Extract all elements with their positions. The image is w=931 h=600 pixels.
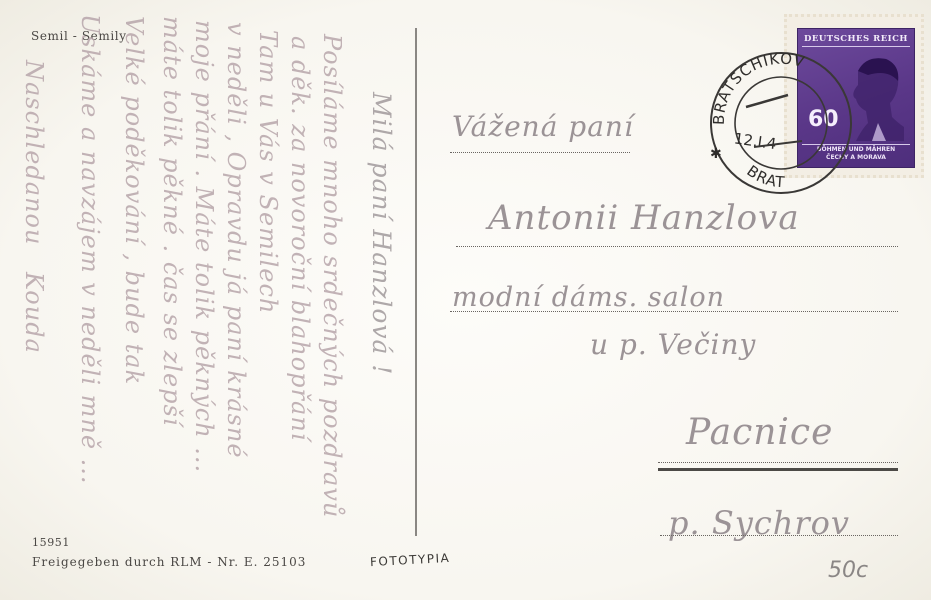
postmark-town-top: BRATSCHIKOV <box>710 49 807 125</box>
address-line <box>660 535 898 536</box>
svg-text:BRATSCHIKOV: BRATSCHIKOV <box>710 49 807 125</box>
message-line: Uskáme a navzájem v neděli mně ... <box>76 14 104 485</box>
address-name: Antonii Hanzlova <box>488 198 800 238</box>
message-line: moje přání . Máte tolik pěkných ... <box>190 20 218 473</box>
message-line: a děk. za novoroční blahopřání <box>286 36 314 441</box>
postcard-back: Semil - Semily Milá paní Hanzlová ! Posí… <box>0 0 931 600</box>
address-line <box>456 246 898 247</box>
postmark-cancellation: BRATSCHIKOV BRAT 12.I.4 ✱ <box>706 45 856 195</box>
message-line: máte tolik pěkné . čas se zlepší <box>158 16 186 427</box>
address-line <box>450 311 898 312</box>
address-business: modní dáms. salon <box>452 282 725 313</box>
message-line: v neděli , Opravdu já paní krásné <box>222 22 250 459</box>
address-salutation: Vážená paní <box>452 110 634 143</box>
message-line: Naschledanou <box>20 60 48 245</box>
message-line: Posíláme mnoho srdečných pozdravů <box>318 34 346 518</box>
center-divider <box>415 28 417 536</box>
postmark-star-icon: ✱ <box>710 146 722 162</box>
message-greeting: Milá paní Hanzlová ! <box>367 92 396 375</box>
serial-number: 15951 <box>32 536 70 549</box>
address-line-town <box>658 468 898 471</box>
address-line <box>658 462 898 463</box>
postmark-date: 12.I.4 <box>733 129 778 153</box>
address-care-of: u p. Večiny <box>590 328 756 361</box>
publisher-mark: FOTOTYPIA <box>370 551 451 569</box>
message-line: Tam u Vás v Semilech <box>254 30 282 314</box>
address-town: Pacnice <box>686 412 833 453</box>
price-note: 50c <box>828 558 868 583</box>
message-line: Velké poděkování , bude tak <box>120 16 148 385</box>
approval-line: Freigegeben durch RLM - Nr. E. 25103 <box>32 555 306 569</box>
address-line <box>450 152 630 153</box>
address-post-office: p. Sychrov <box>668 504 850 542</box>
message-signature: Kouda <box>20 272 48 354</box>
